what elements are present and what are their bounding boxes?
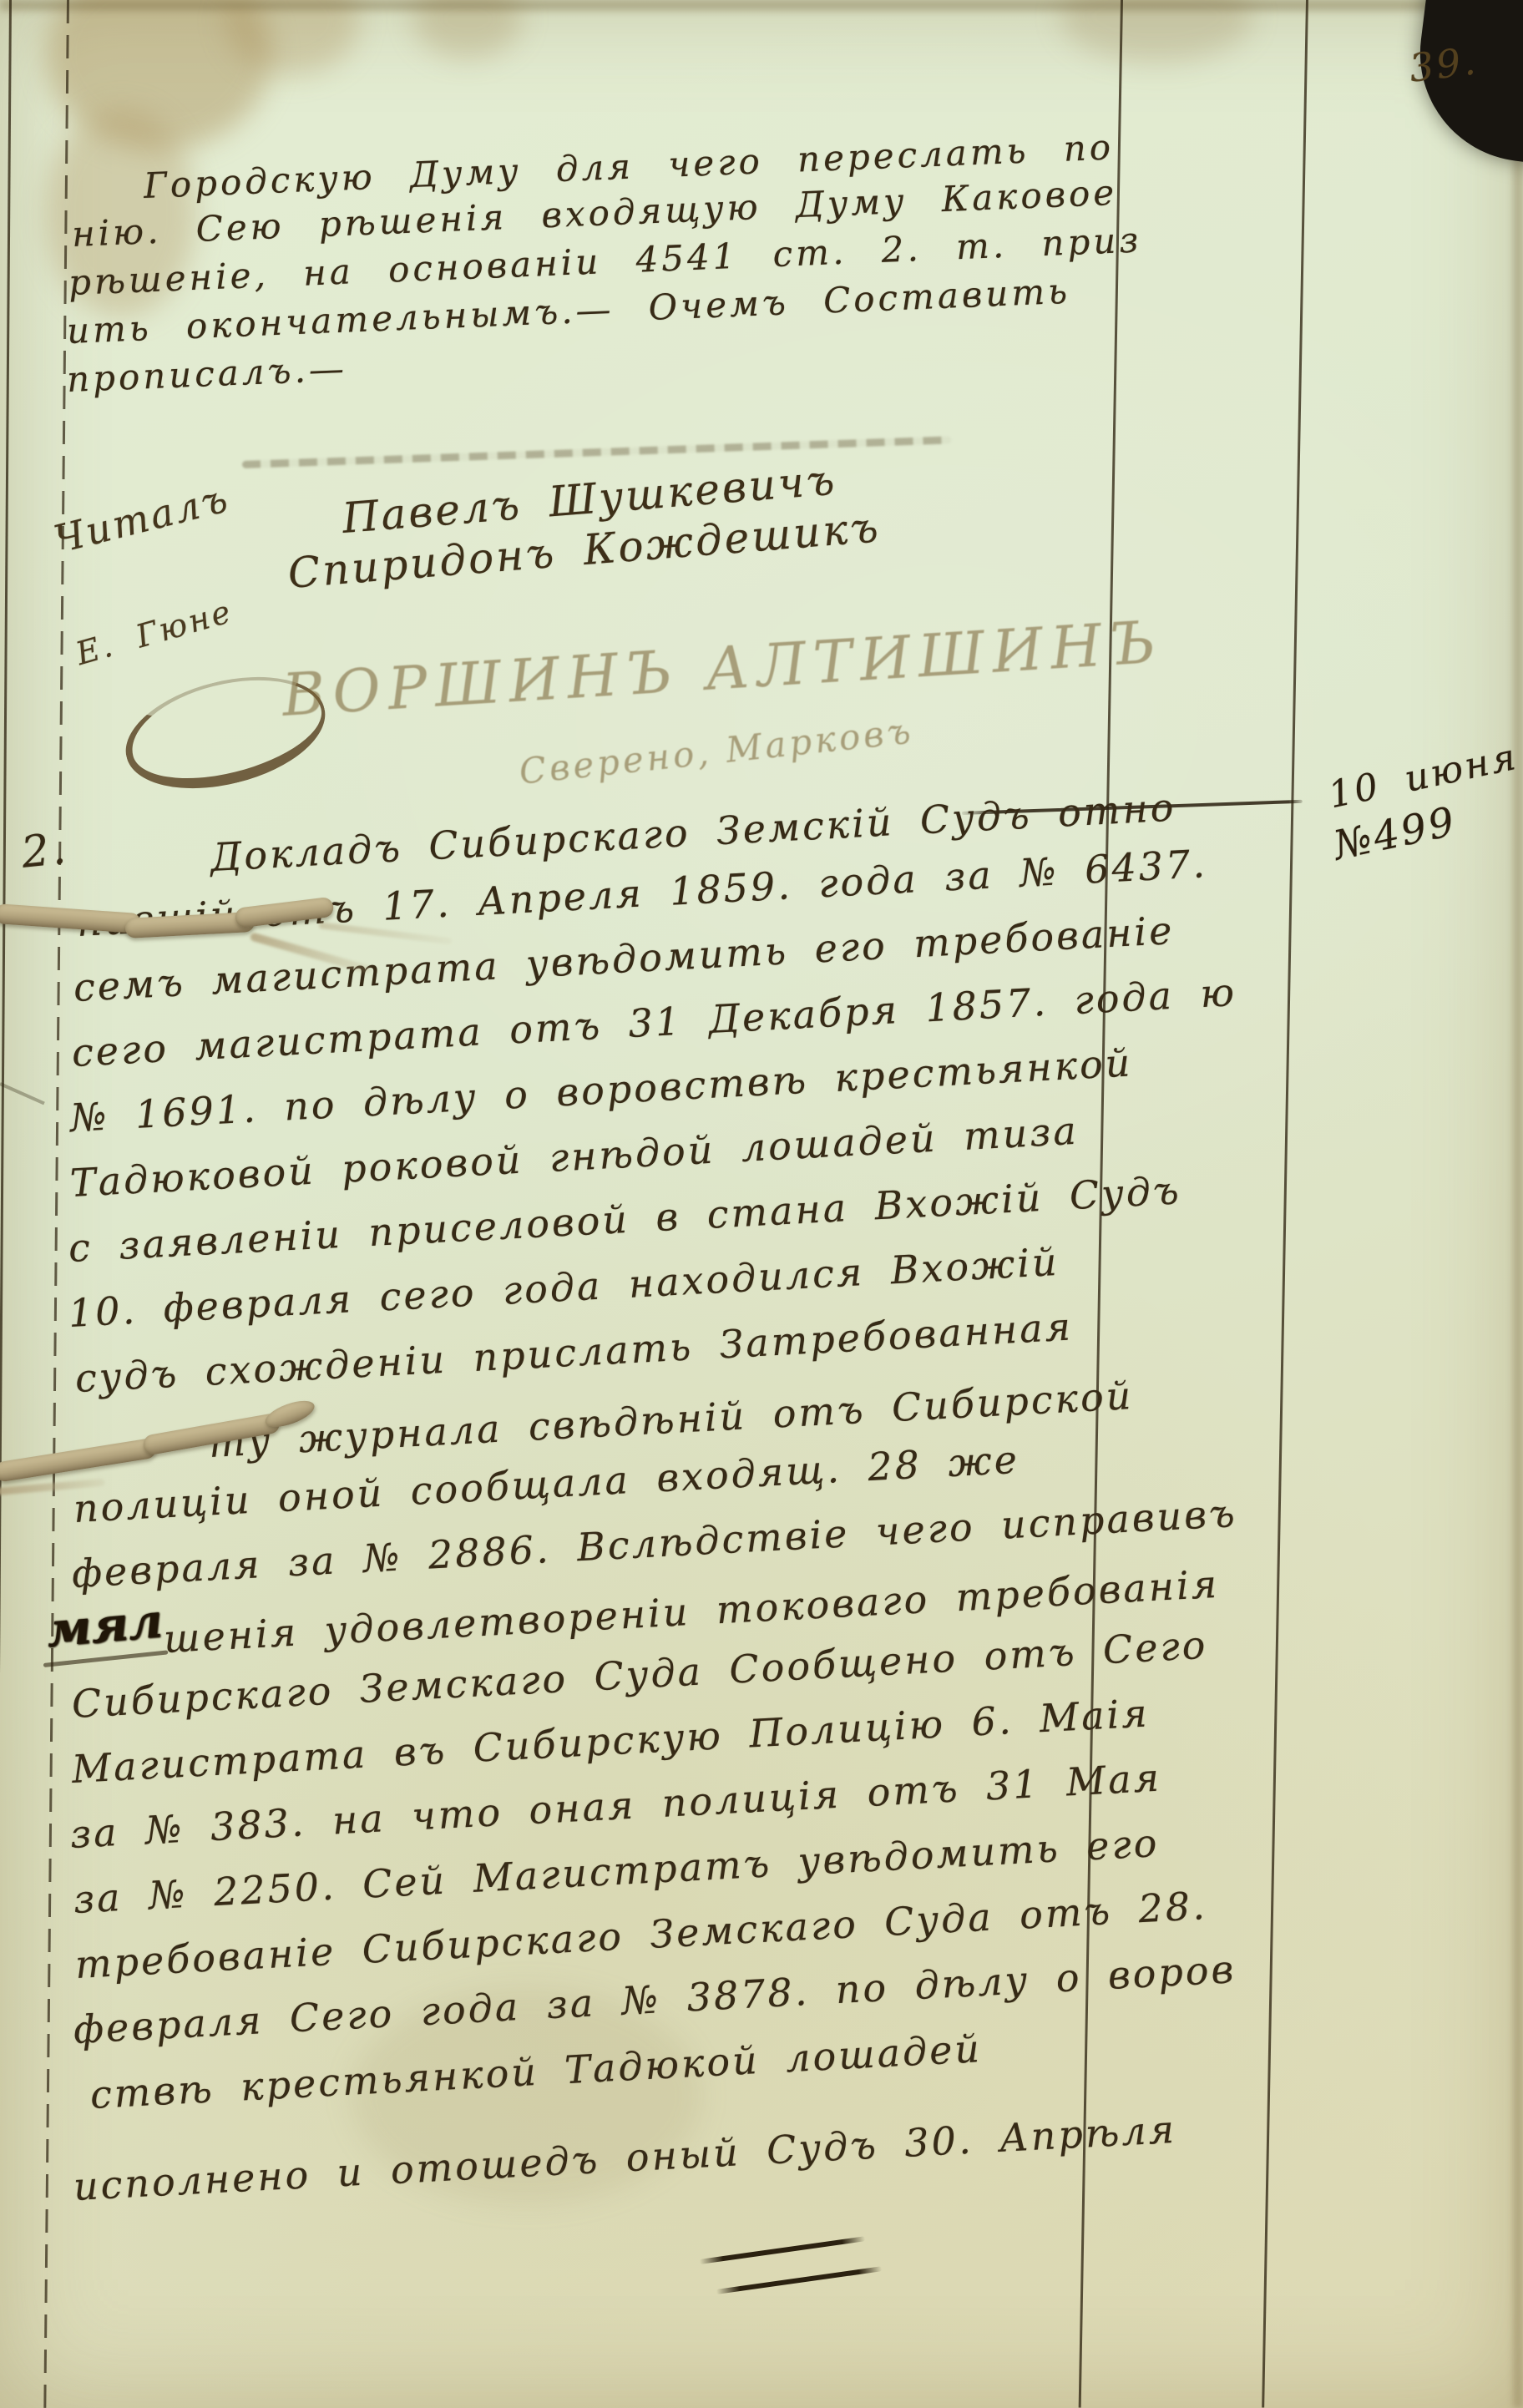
closing-flourish bbox=[716, 2266, 883, 2294]
ghost-verified-note: Сверено, Марковъ bbox=[517, 711, 915, 792]
stray-pen-mark bbox=[0, 1082, 45, 1105]
manuscript-page: 39. Городскую Думу для чего переслать по… bbox=[0, 0, 1523, 2408]
ghost-large-signature: ВОРШИНЪ АЛТИШИНЪ bbox=[280, 608, 1165, 730]
ruled-line-right-outer bbox=[1262, 0, 1308, 2408]
binding-thread bbox=[0, 1438, 157, 1483]
page-edge-shadow-top bbox=[0, 0, 1523, 10]
ink-blot-word: мял bbox=[44, 1593, 164, 1658]
closing-flourish bbox=[700, 2236, 866, 2264]
margin-reviewed-note: Читалъ bbox=[49, 475, 234, 562]
faint-pencil-scribble bbox=[242, 436, 952, 468]
page-edge-shadow-right bbox=[1513, 0, 1523, 2408]
folio-number: 39. bbox=[1407, 38, 1480, 91]
margin-reviewer-signature: Е. Гюне bbox=[72, 593, 237, 673]
handwritten-line: прописалъ.— bbox=[66, 348, 348, 400]
margin-entry-number: 2. bbox=[19, 823, 71, 878]
